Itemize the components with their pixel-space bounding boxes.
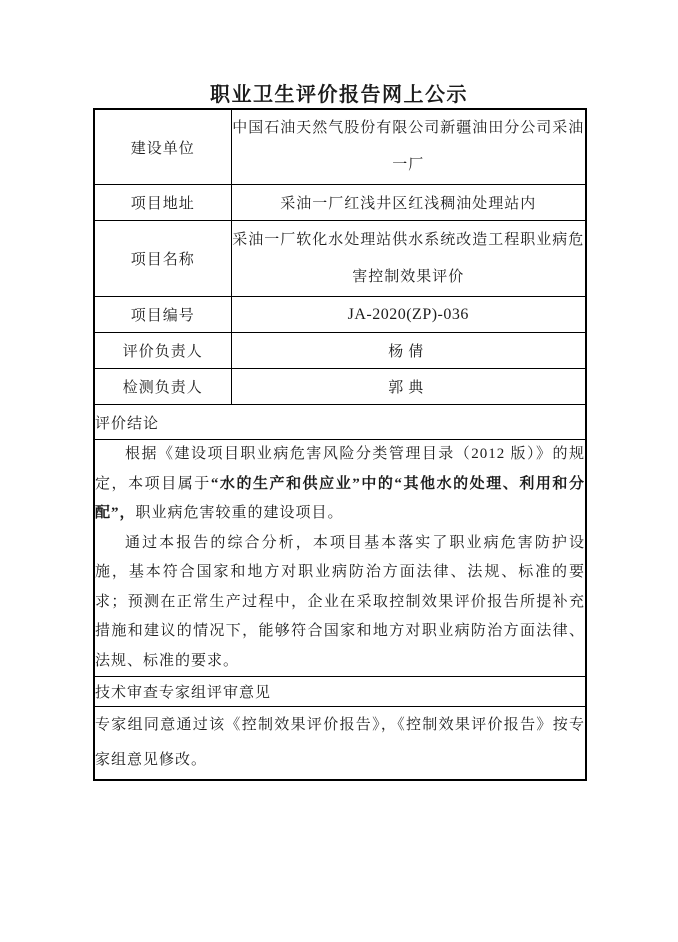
project-address-value: 采油一厂红浅井区红浅稠油处理站内 [231, 185, 586, 221]
table-row-project-name: 项目名称 采油一厂软化水处理站供水系统改造工程职业病危害控制效果评价 [94, 221, 586, 297]
conclusion-header: 评价结论 [94, 405, 586, 440]
table-row-conclusion-body: 根据《建设项目职业病危害风险分类管理目录（2012 版）》的规定，本项目属于“水… [94, 440, 586, 677]
table-row-project-address: 项目地址 采油一厂红浅井区红浅稠油处理站内 [94, 185, 586, 221]
construction-unit-label: 建设单位 [94, 109, 231, 185]
conclusion-p1-text-2: 职业病危害较重的建设项目。 [136, 505, 344, 521]
table-row-review-header: 技术审查专家组评审意见 [94, 677, 586, 707]
notice-document: 职业卫生评价报告网上公示 建设单位 中国石油天然气股份有限公司新疆油田分公司采油… [93, 84, 585, 781]
page-title: 职业卫生评价报告网上公示 [93, 84, 585, 108]
table-row-evaluation-leader: 评价负责人 杨倩 [94, 333, 586, 369]
conclusion-paragraph-2: 通过本报告的综合分析，本项目基本落实了职业病危害防护设施，基本符合国家和地方对职… [95, 529, 585, 677]
table-row-conclusion-header: 评价结论 [94, 405, 586, 440]
construction-unit-value: 中国石油天然气股份有限公司新疆油田分公司采油一厂 [231, 109, 586, 185]
review-header: 技术审查专家组评审意见 [94, 677, 586, 707]
review-opinion: 专家组同意通过该《控制效果评价报告》，《控制效果评价报告》按专家组意见修改。 [94, 707, 586, 781]
evaluation-leader-label: 评价负责人 [94, 333, 231, 369]
table-row-project-number: 项目编号 JA-2020(ZP)-036 [94, 297, 586, 333]
project-number-value: JA-2020(ZP)-036 [231, 297, 586, 333]
table-row-testing-leader: 检测负责人 郭典 [94, 369, 586, 405]
table-row-review-opinion: 专家组同意通过该《控制效果评价报告》，《控制效果评价报告》按专家组意见修改。 [94, 707, 586, 781]
table-row-construction-unit: 建设单位 中国石油天然气股份有限公司新疆油田分公司采油一厂 [94, 109, 586, 185]
evaluation-leader-value: 杨倩 [231, 333, 586, 369]
notice-table: 建设单位 中国石油天然气股份有限公司新疆油田分公司采油一厂 项目地址 采油一厂红… [93, 108, 587, 781]
project-name-label: 项目名称 [94, 221, 231, 297]
conclusion-paragraph-1: 根据《建设项目职业病危害风险分类管理目录（2012 版）》的规定，本项目属于“水… [95, 440, 585, 529]
testing-leader-label: 检测负责人 [94, 369, 231, 405]
conclusion-body: 根据《建设项目职业病危害风险分类管理目录（2012 版）》的规定，本项目属于“水… [94, 440, 586, 677]
project-number-label: 项目编号 [94, 297, 231, 333]
project-name-value: 采油一厂软化水处理站供水系统改造工程职业病危害控制效果评价 [231, 221, 586, 297]
review-opinion-text: 专家组同意通过该《控制效果评价报告》，《控制效果评价报告》按专家组意见修改。 [95, 708, 585, 778]
testing-leader-value: 郭典 [231, 369, 586, 405]
project-address-label: 项目地址 [94, 185, 231, 221]
